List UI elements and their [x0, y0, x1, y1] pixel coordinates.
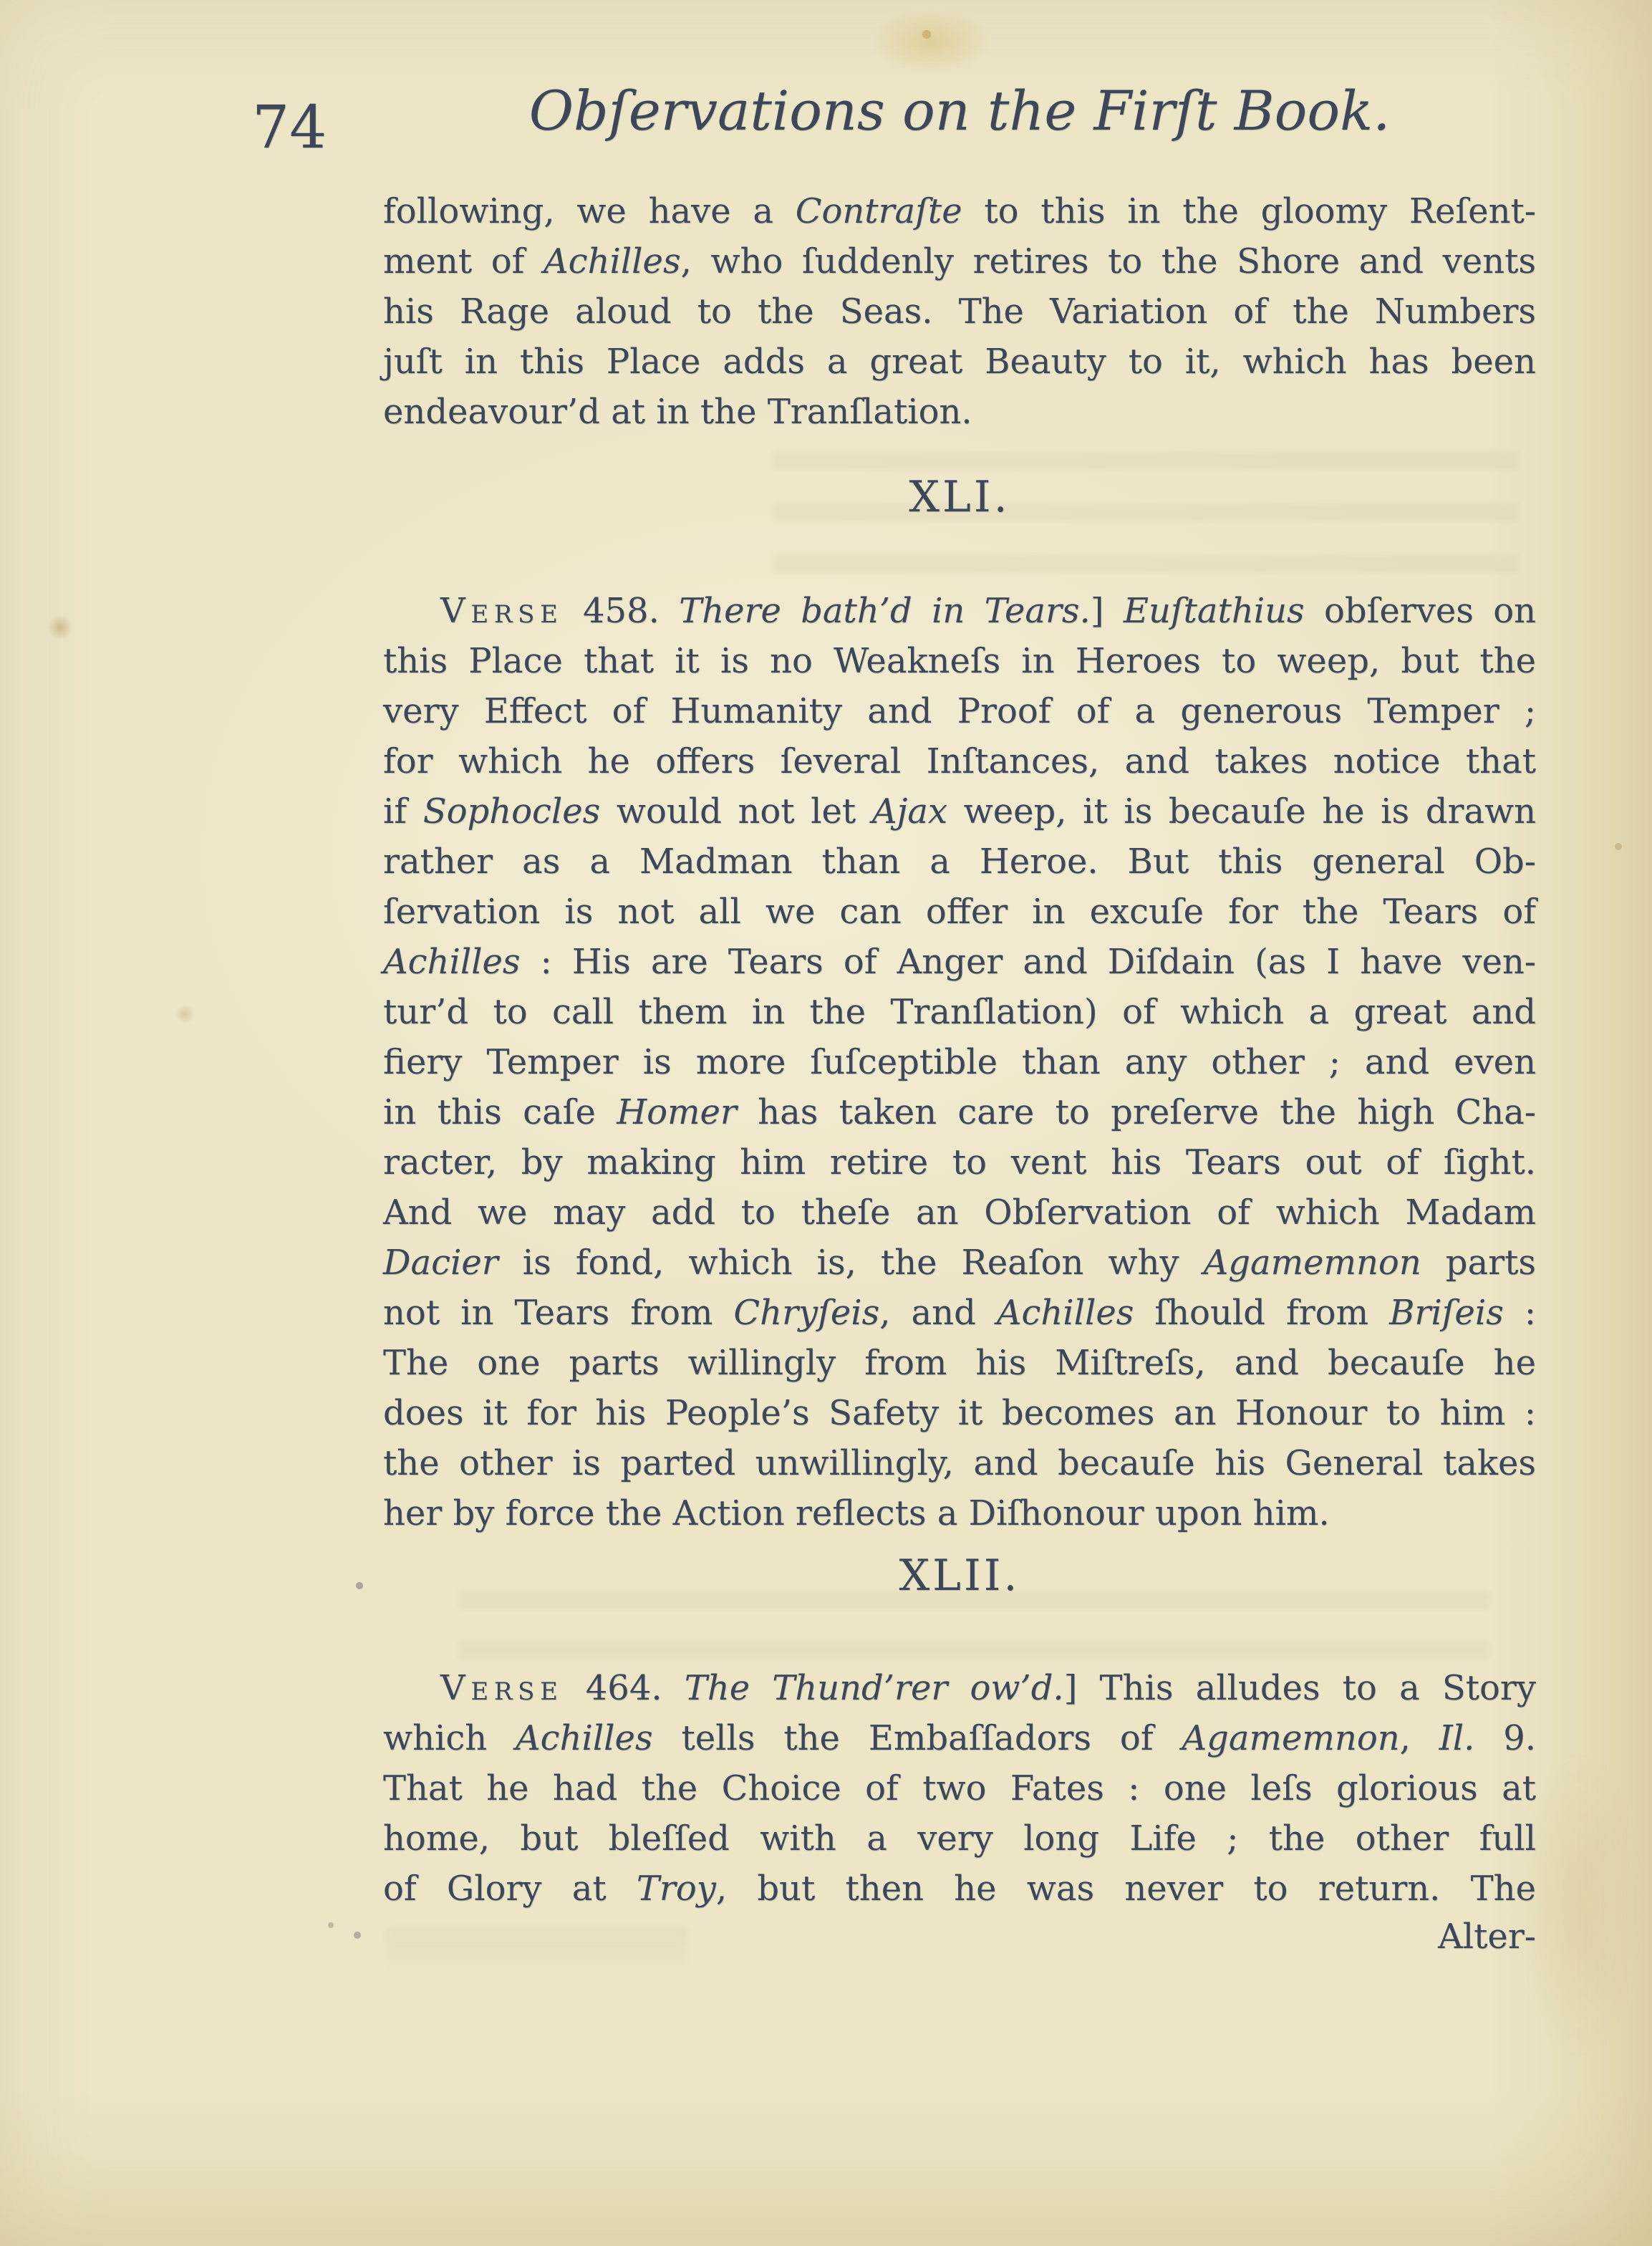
- section-heading-xlii: XLII.: [383, 1553, 1536, 1599]
- italic-text: Briſeis: [1389, 1293, 1504, 1333]
- text-line: ſervation is not all we can offer in exc…: [383, 887, 1536, 937]
- text-line: her by force the Action reflects a Diſho…: [383, 1488, 1536, 1538]
- text-line: That he had the Choice of two Fates : on…: [383, 1763, 1536, 1813]
- body-text: fiery Temper is more ſuſceptible than an…: [383, 1042, 1536, 1082]
- body-text: rather as a Madman than a Heroe. But thi…: [383, 842, 1536, 882]
- text-line: home, but bleſſed with a very long Life …: [383, 1813, 1536, 1864]
- italic-text: Contraſte: [796, 191, 962, 231]
- text-line: Verse 464. The Thund’rer ow’d.] This all…: [383, 1663, 1536, 1713]
- body-text: 458.: [564, 591, 680, 631]
- body-text: , and: [879, 1293, 997, 1333]
- text-line: this Place that it is no Weakneſs in Her…: [383, 636, 1536, 686]
- scanned-book-page: 74 Obſervations on the Firſt Book. follo…: [0, 0, 1652, 2246]
- text-line: in this caſe Homer has taken care to pre…: [383, 1087, 1536, 1137]
- text-line: endeavour’d at in the Tranſlation.: [383, 387, 1536, 437]
- body-text: does it for his People’s Safety it becom…: [383, 1393, 1536, 1433]
- verse-458-paragraph: Verse 458. There bath’d in Tears.] Euſta…: [383, 586, 1536, 1538]
- running-header: Obſervations on the Firſt Book.: [383, 72, 1536, 150]
- body-text: :: [1504, 1293, 1536, 1333]
- body-text: his Rage aloud to the Seas. The Variatio…: [383, 291, 1536, 332]
- catchword: Alter-: [383, 1917, 1536, 1957]
- body-text: 9.: [1474, 1718, 1536, 1758]
- italic-text: Euſtathius: [1124, 591, 1305, 631]
- body-text: ſervation is not all we can offer in exc…: [383, 892, 1536, 932]
- text-line: And we may add to theſe an Obſervation o…: [383, 1187, 1536, 1238]
- body-text: , who ſuddenly retires to the Shore and …: [681, 241, 1536, 281]
- italic-text: Agamemnon: [1204, 1243, 1421, 1283]
- italic-text: Achilles: [516, 1718, 653, 1758]
- text-line: his Rage aloud to the Seas. The Variatio…: [383, 286, 1536, 337]
- body-text: this Place that it is no Weakneſs in Her…: [383, 641, 1536, 681]
- smallcaps-text: Verse: [440, 591, 564, 631]
- body-text: very Effect of Humanity and Proof of a g…: [383, 691, 1536, 731]
- italic-text: Ajax: [872, 791, 947, 832]
- paper-stain: [870, 10, 992, 74]
- paper-stain: [1518, 1755, 1640, 2055]
- text-line: The one parts willingly from his Miſtreſ…: [383, 1338, 1536, 1388]
- italic-text: Chryſeis: [733, 1293, 879, 1333]
- text-line: Achilles : His are Tears of Anger and Di…: [383, 937, 1536, 987]
- body-text: ſhould from: [1134, 1293, 1389, 1333]
- text-line: if Sophocles would not let Ajax weep, it…: [383, 786, 1536, 837]
- body-text: is fond, which is, the Reaſon why: [498, 1243, 1204, 1283]
- body-text: parts: [1421, 1243, 1536, 1283]
- text-line: does it for his People’s Safety it becom…: [383, 1388, 1536, 1438]
- body-text: not in Tears from: [383, 1293, 733, 1333]
- paper-stain: [175, 1004, 195, 1024]
- section-heading-xli: XLI.: [383, 474, 1536, 520]
- italic-text: There bath’d in Tears.: [679, 591, 1091, 631]
- italic-text: The Thund’rer ow’d.: [685, 1668, 1064, 1708]
- body-text: And we may add to theſe an Obſervation o…: [383, 1192, 1536, 1233]
- body-text: in this caſe: [383, 1092, 617, 1132]
- body-text: if: [383, 791, 423, 832]
- smallcaps-text: Verse: [440, 1668, 564, 1708]
- body-text: the other is parted unwillingly, and bec…: [383, 1443, 1536, 1483]
- text-line: of Glory at Troy, but then he was never …: [383, 1864, 1536, 1914]
- body-text: tells the Embaſſadors of: [653, 1718, 1182, 1758]
- body-text: 464.: [564, 1668, 685, 1708]
- body-text: for which he offers ſeveral Inſtances, a…: [383, 741, 1536, 781]
- body-text: would not let: [600, 791, 872, 832]
- ink-showthrough: [458, 1591, 1489, 1670]
- body-text: following, we have a: [383, 191, 796, 231]
- text-line: tur’d to call them in the Tranſlation) o…: [383, 987, 1536, 1037]
- text-line: following, we have a Contraſte to this i…: [383, 186, 1536, 236]
- text-line: not in Tears from Chryſeis, and Achilles…: [383, 1288, 1536, 1338]
- body-text: of Glory at: [383, 1869, 637, 1909]
- body-text: to this in the gloomy Reſent-: [962, 191, 1536, 231]
- italic-text: Il.: [1439, 1718, 1475, 1758]
- body-text: obſerves on: [1305, 591, 1536, 631]
- body-text: home, but bleſſed with a very long Life …: [383, 1818, 1536, 1859]
- body-text: weep, it is becauſe he is drawn: [947, 791, 1536, 832]
- body-text: : His are Tears of Anger and Diſdain (as…: [521, 942, 1536, 982]
- body-text: her by force the Action reflects a Diſho…: [383, 1493, 1330, 1533]
- italic-text: Sophocles: [423, 791, 601, 832]
- body-text: The one parts willingly from his Miſtreſ…: [383, 1343, 1536, 1383]
- paper-stain: [47, 614, 73, 640]
- italic-text: Dacier: [383, 1243, 498, 1283]
- text-line: rather as a Madman than a Heroe. But thi…: [383, 837, 1536, 887]
- text-line: fiery Temper is more ſuſceptible than an…: [383, 1037, 1536, 1087]
- body-text: racter, by making him retire to vent his…: [383, 1142, 1536, 1182]
- paper-specks: [0, 0, 3, 3]
- italic-text: Achilles: [997, 1293, 1134, 1333]
- text-line: Verse 458. There bath’d in Tears.] Euſta…: [383, 586, 1536, 636]
- italic-text: Achilles: [383, 942, 521, 982]
- body-text: ment of: [383, 241, 544, 281]
- body-text: That he had the Choice of two Fates : on…: [383, 1768, 1536, 1808]
- body-text: ,: [1400, 1718, 1439, 1758]
- body-text: has taken care to preſerve the high Cha-: [737, 1092, 1536, 1132]
- body-text: juſt in this Place adds a great Beauty t…: [383, 342, 1536, 382]
- text-line: for which he offers ſeveral Inſtances, a…: [383, 736, 1536, 786]
- opening-paragraph: following, we have a Contraſte to this i…: [383, 186, 1536, 437]
- text-line: Dacier is fond, which is, the Reaſon why…: [383, 1238, 1536, 1288]
- italic-text: Agamemnon: [1182, 1718, 1399, 1758]
- body-text: which: [383, 1718, 516, 1758]
- italic-text: Homer: [617, 1092, 737, 1132]
- italic-text: Troy: [637, 1869, 716, 1909]
- text-line: juſt in this Place adds a great Beauty t…: [383, 337, 1536, 387]
- text-line: ment of Achilles, who ſuddenly retires t…: [383, 236, 1536, 286]
- body-text: endeavour’d at in the Tranſlation.: [383, 392, 972, 432]
- italic-text: Achilles: [544, 241, 681, 281]
- page-number: 74: [252, 99, 327, 158]
- body-text: , but then he was never to return. The: [716, 1869, 1536, 1909]
- body-text: ] This alludes to a Story: [1064, 1668, 1536, 1708]
- body-text: ]: [1091, 591, 1124, 631]
- verse-464-paragraph: Verse 464. The Thund’rer ow’d.] This all…: [383, 1663, 1536, 1914]
- text-line: racter, by making him retire to vent his…: [383, 1137, 1536, 1187]
- body-text: tur’d to call them in the Tranſlation) o…: [383, 992, 1536, 1032]
- text-line: which Achilles tells the Embaſſadors of …: [383, 1713, 1536, 1763]
- text-line: the other is parted unwillingly, and bec…: [383, 1438, 1536, 1488]
- text-line: very Effect of Humanity and Proof of a g…: [383, 686, 1536, 736]
